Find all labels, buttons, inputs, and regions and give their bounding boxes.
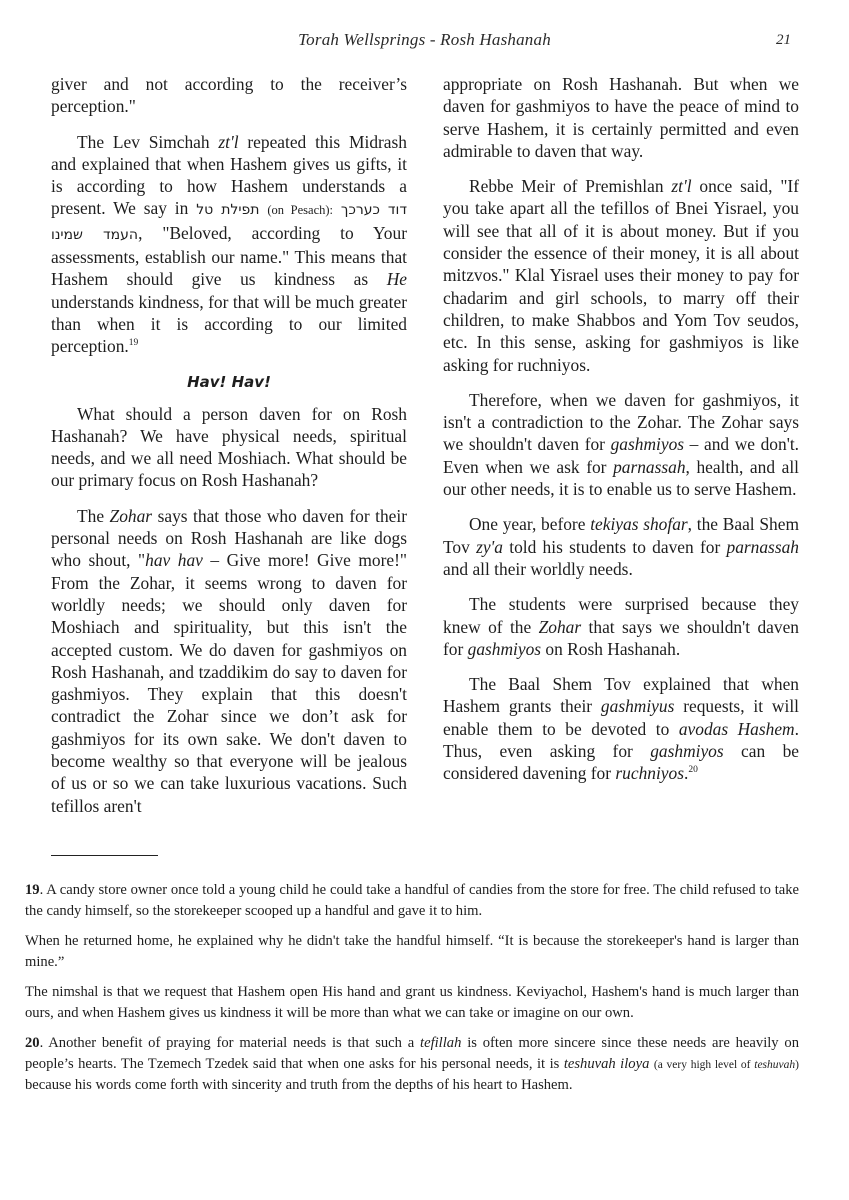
footnote-20: 20. Another benefit of praying for mater…: [25, 1033, 799, 1096]
honorific: zt'l: [671, 176, 691, 196]
paragraph: The Zohar says that those who daven for …: [51, 505, 407, 817]
footnote-19-continued: When he returned home, he explained why …: [25, 931, 799, 972]
emphasis: teshuvah iloya: [564, 1056, 650, 1072]
page-number: 21: [776, 32, 791, 49]
text: [333, 198, 341, 218]
emphasis: gashmiyos: [468, 639, 541, 659]
paragraph: What should a person daven for on Rosh H…: [51, 403, 407, 492]
emphasis: tekiyas shofar: [590, 514, 687, 534]
emphasis: tefillah: [420, 1035, 461, 1051]
section-heading: Hav! Hav!: [51, 371, 407, 393]
paragraph: The students were surprised because they…: [443, 593, 799, 660]
emphasis: He: [387, 269, 407, 289]
hebrew-text: תפילת טל: [196, 202, 259, 218]
emphasis: parnassah: [613, 457, 685, 477]
paragraph: appropriate on Rosh Hashanah. But when w…: [443, 73, 799, 162]
text: Rebbe Meir of Premishlan: [469, 176, 671, 196]
text: (on Pesach):: [267, 203, 333, 217]
emphasis: ruchniyos: [615, 763, 684, 783]
emphasis: teshuvah: [754, 1059, 795, 1071]
emphasis: Zohar: [539, 617, 582, 637]
text: . Another benefit of praying for materia…: [40, 1035, 420, 1051]
paragraph: Rebbe Meir of Premishlan zt'l once said,…: [443, 175, 799, 376]
text: – Give more! Give more!" From the Zohar,…: [51, 550, 407, 815]
paragraph: giver and not according to the receiver’…: [51, 73, 407, 118]
emphasis: gashmiyus: [601, 696, 674, 716]
footnote-ref-19[interactable]: 19: [129, 338, 139, 348]
text: understands kindness, for that will be m…: [51, 292, 407, 357]
footnote-number: 19: [25, 882, 40, 898]
text: once said, "If you take apart all the te…: [443, 176, 799, 374]
text: on Rosh Hashanah.: [541, 639, 680, 659]
paragraph: The Baal Shem Tov explained that when Ha…: [443, 673, 799, 784]
text: One year, before: [469, 514, 590, 534]
footnote-ref-20[interactable]: 20: [688, 766, 698, 776]
honorific: zt'l: [218, 132, 238, 152]
footnote-19: 19. A candy store owner once told a youn…: [25, 880, 799, 921]
footnote-number: 20: [25, 1035, 40, 1051]
paragraph: Therefore, when we daven for gashmiyos, …: [443, 389, 799, 500]
text: ): [795, 1059, 799, 1071]
footnote-19-continued: The nimshal is that we request that Hash…: [25, 982, 799, 1023]
right-column: appropriate on Rosh Hashanah. But when w…: [443, 73, 799, 798]
paragraph: The Lev Simchah zt'l repeated this Midra…: [51, 131, 407, 358]
text: because his words come forth with sincer…: [25, 1077, 573, 1093]
emphasis: parnassah: [727, 537, 799, 557]
text: told his students to daven for: [503, 537, 727, 557]
emphasis: Zohar: [110, 506, 153, 526]
emphasis: gashmiyos: [611, 434, 684, 454]
text: The: [77, 506, 110, 526]
emphasis: avodas Hashem: [679, 719, 795, 739]
text: The Lev Simchah: [77, 132, 218, 152]
text: . A candy store owner once told a young …: [25, 882, 799, 919]
footnote-separator: [51, 855, 158, 856]
running-header: Torah Wellsprings - Rosh Hashanah 21: [0, 30, 849, 56]
left-column: giver and not according to the receiver’…: [51, 73, 407, 830]
book-title: Torah Wellsprings - Rosh Hashanah: [0, 30, 849, 50]
honorific: zy'a: [476, 537, 503, 557]
footnotes: 19. A candy store owner once told a youn…: [25, 880, 799, 1106]
text: (a very high level of: [654, 1059, 754, 1071]
paragraph: One year, before tekiyas shofar, the Baa…: [443, 513, 799, 580]
emphasis: hav hav: [145, 550, 203, 570]
emphasis: gashmiyos: [650, 741, 723, 761]
text: and all their worldly needs.: [443, 559, 633, 579]
